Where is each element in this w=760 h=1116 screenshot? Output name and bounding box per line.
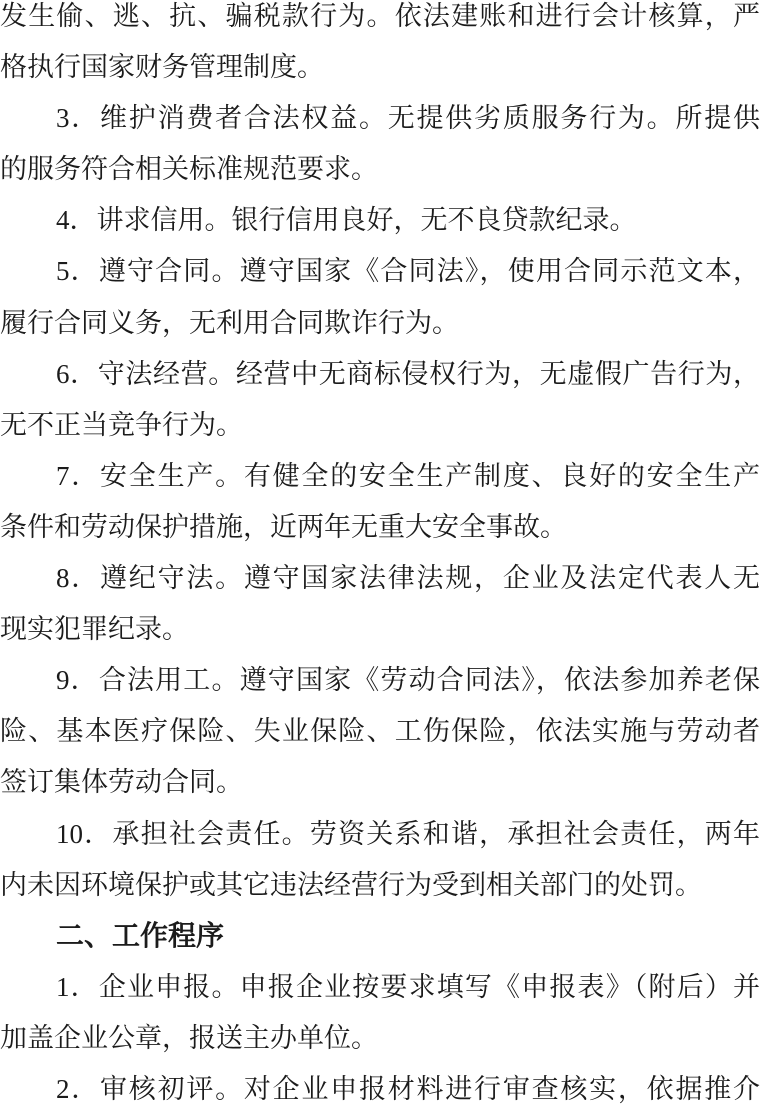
text-line: 4．讲求信用。银行信用良好，无不良贷款纪录。 [0, 195, 760, 246]
text-line: 险、基本医疗保险、失业保险、工伤保险，依法实施与劳动者 [0, 706, 760, 757]
text-line: 7．安全生产。有健全的安全生产制度、良好的安全生产 [0, 451, 760, 502]
text-line: 现实犯罪纪录。 [0, 604, 760, 655]
text-line: 5．遵守合同。遵守国家《合同法》，使用合同示范文本， [0, 246, 760, 297]
text-line: 10．承担社会责任。劳资关系和谐，承担社会责任，两年 [0, 809, 760, 860]
text-line: 履行合同义务，无利用合同欺诈行为。 [0, 298, 760, 349]
text-line: 的服务符合相关标准规范要求。 [0, 144, 760, 195]
text-line: 条件和劳动保护措施，近两年无重大安全事故。 [0, 502, 760, 553]
section-heading: 二、工作程序 [0, 911, 760, 962]
text-line: 6．守法经营。经营中无商标侵权行为，无虚假广告行为， [0, 349, 760, 400]
text-line: 发生偷、逃、抗、骗税款行为。依法建账和进行会计核算，严 [0, 0, 760, 42]
text-line: 加盖企业公章，报送主办单位。 [0, 1013, 760, 1064]
text-line: 9．合法用工。遵守国家《劳动合同法》，依法参加养老保 [0, 655, 760, 706]
text-line: 内未因环境保护或其它违法经营行为受到相关部门的处罚。 [0, 860, 760, 911]
text-line: 签订集体劳动合同。 [0, 757, 760, 808]
text-line: 1．企业申报。申报企业按要求填写《申报表》（附后）并 [0, 962, 760, 1013]
text-line: 3．维护消费者合法权益。无提供劣质服务行为。所提供 [0, 93, 760, 144]
text-line: 格执行国家财务管理制度。 [0, 42, 760, 93]
text-line: 8．遵纪守法。遵守国家法律法规，企业及法定代表人无 [0, 553, 760, 604]
document-body: 发生偷、逃、抗、骗税款行为。依法建账和进行会计核算，严格执行国家财务管理制度。3… [0, 0, 760, 1115]
document-page: 发生偷、逃、抗、骗税款行为。依法建账和进行会计核算，严格执行国家财务管理制度。3… [0, 0, 760, 1116]
text-line: 2．审核初评。对企业申报材料进行审查核实，依据推介 [0, 1064, 760, 1115]
text-line: 无不正当竞争行为。 [0, 400, 760, 451]
